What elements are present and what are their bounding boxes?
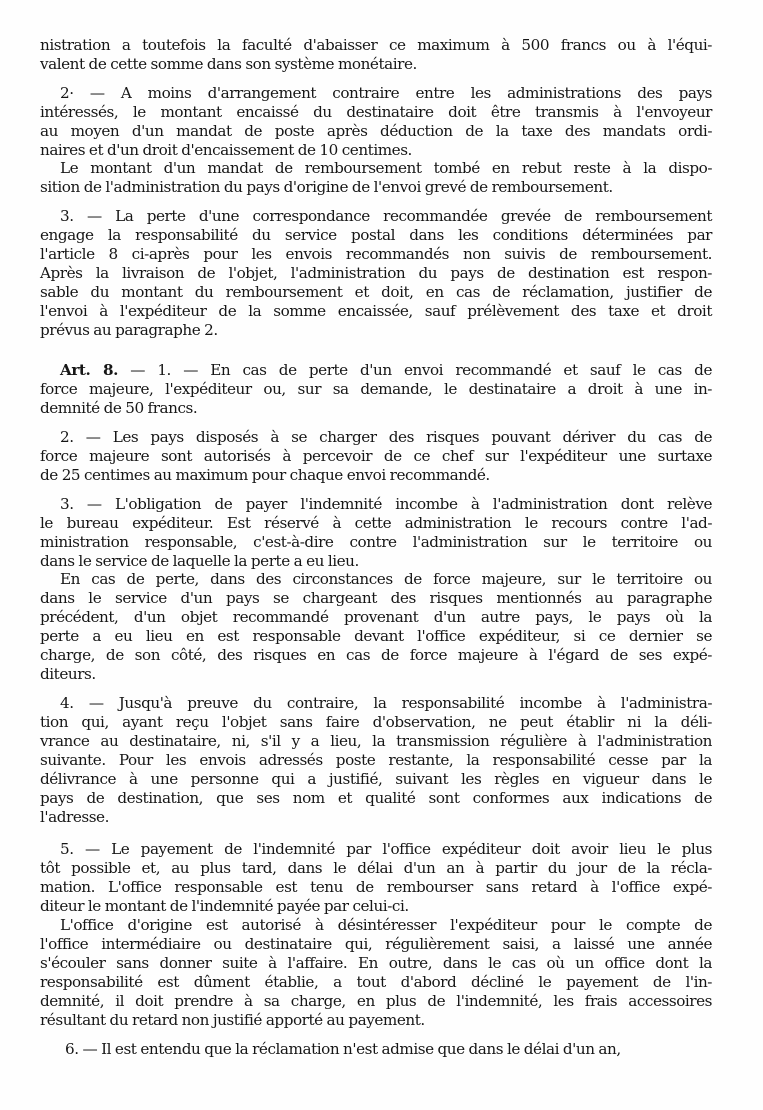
text-line: l'article 8 ci-après pour les envois rec… [40, 245, 712, 264]
text-line: dans le service d'un pays se chargeant d… [40, 589, 712, 608]
text-line: nistration a toutefois la faculté d'abai… [40, 36, 712, 55]
text-line: naires et d'un droit d'encaissement de 1… [40, 141, 712, 160]
text-line: diteur le montant de l'indemnité payée p… [40, 897, 712, 916]
text-line: dans le service de laquelle la perte a e… [40, 552, 712, 571]
document-page: nistration a toutefois la faculté d'abai… [0, 0, 763, 1110]
text-line: 2. — Les pays disposés à se charger des … [60, 428, 712, 447]
text-line: 2· — A moins d'arrangement contraire ent… [60, 84, 712, 103]
text-line: 3. — La perte d'une correspondance recom… [60, 207, 712, 226]
text-line: précédent, d'un objet recommandé provena… [40, 608, 712, 627]
text-line: 4. — Jusqu'à preuve du contraire, la res… [60, 694, 712, 713]
text-line: délivrance à une personne qui a justifié… [40, 770, 712, 789]
text-line: l'office intermédiaire ou destinataire q… [40, 935, 712, 954]
text-line: mation. L'office responsable est tenu de… [40, 878, 712, 897]
text-line: le bureau expéditeur. Est réservé à cett… [40, 514, 712, 533]
text-line: force majeure, l'expéditeur ou, sur sa d… [40, 380, 712, 399]
article-label: Art. 8. [60, 361, 118, 379]
text-line: s'écouler sans donner suite à l'affaire.… [40, 954, 712, 973]
text-line: intéressés, le montant encaissé du desti… [40, 103, 712, 122]
text-line: tion qui, ayant reçu l'objet sans faire … [40, 713, 712, 732]
text-line: vrance au destinataire, ni, s'il y a lie… [40, 732, 712, 751]
text-line: diteurs. [40, 665, 712, 684]
text-line: pays de destination, que ses nom et qual… [40, 789, 712, 808]
text-line: Le montant d'un mandat de remboursement … [60, 159, 712, 178]
text-line: sition de l'administration du pays d'ori… [40, 178, 712, 197]
text-line: demnité de 50 francs. [40, 399, 712, 418]
text-line: L'office d'origine est autorisé à désint… [60, 916, 712, 935]
text-line: au moyen d'un mandat de poste après dédu… [40, 122, 712, 141]
text-line: prévus au paragraphe 2. [40, 321, 712, 340]
text-line: suivante. Pour les envois adressés poste… [40, 751, 712, 770]
text-line: charge, de son côté, des risques en cas … [40, 646, 712, 665]
article-heading-line: Art. 8. — 1. — En cas de perte d'un envo… [60, 361, 712, 380]
text-line: l'envoi à l'expéditeur de la somme encai… [40, 302, 712, 321]
text-line: 6. — Il est entendu que la réclamation n… [65, 1040, 712, 1059]
text-line: En cas de perte, dans des circonstances … [60, 570, 712, 589]
text-line: ministration responsable, c'est-à-dire c… [40, 533, 712, 552]
text-line: résultant du retard non justifié apporté… [40, 1011, 712, 1030]
text-line: de 25 centimes au maximum pour chaque en… [40, 466, 712, 485]
text-line: valent de cette somme dans son système m… [40, 55, 712, 74]
text-line: perte a eu lieu en est responsable devan… [40, 627, 712, 646]
text-line: responsabilité est dûment établie, a tou… [40, 973, 712, 992]
text-line: engage la responsabilité du service post… [40, 226, 712, 245]
text-line: Après la livraison de l'objet, l'adminis… [40, 264, 712, 283]
text-line: sable du montant du remboursement et doi… [40, 283, 712, 302]
text-line: l'adresse. [40, 808, 712, 827]
text-line: force majeure sont autorisés à percevoir… [40, 447, 712, 466]
text-line: tôt possible et, au plus tard, dans le d… [40, 859, 712, 878]
text-line: 5. — Le payement de l'indemnité par l'of… [60, 840, 712, 859]
text-line: demnité, il doit prendre à sa charge, en… [40, 992, 712, 1011]
text-line: — 1. — En cas de perte d'un envoi recomm… [130, 361, 712, 379]
text-line: 3. — L'obligation de payer l'indemnité i… [60, 495, 712, 514]
